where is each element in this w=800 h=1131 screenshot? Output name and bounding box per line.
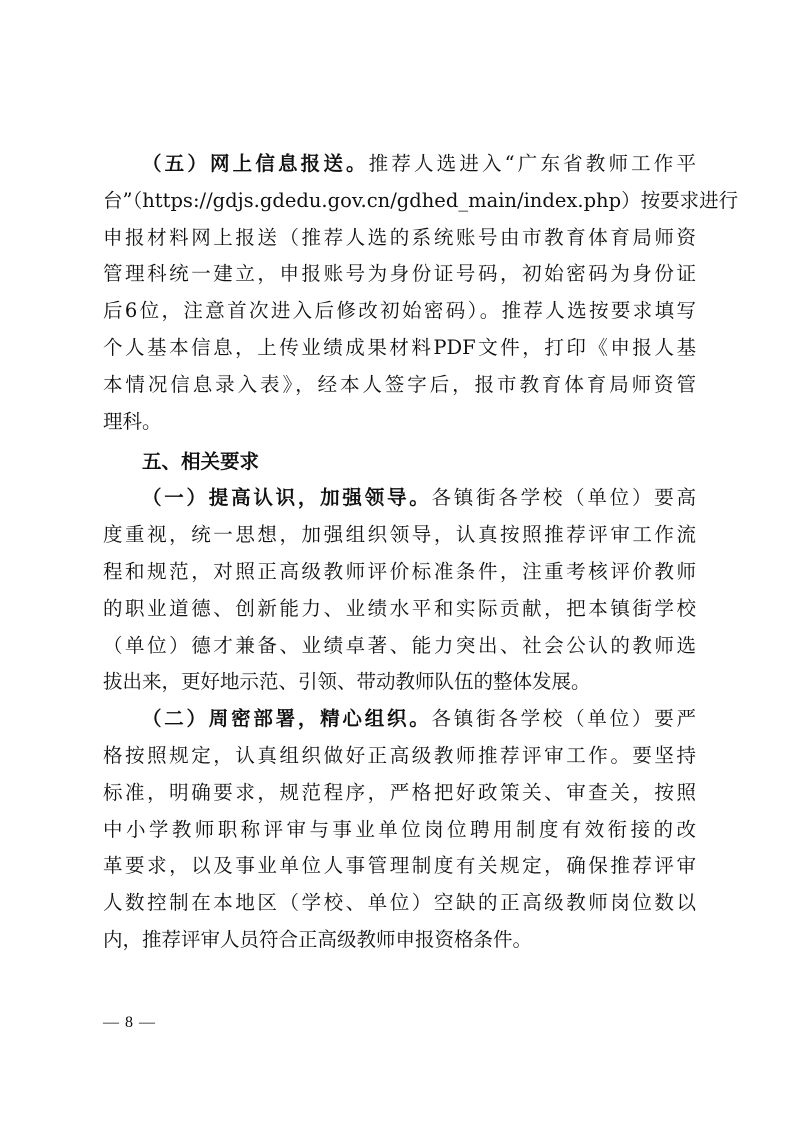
paragraph-line: 申报材料网上报送（推荐人选的系统账号由市教育体育局师资: [103, 220, 696, 257]
document-page: （五）网上信息报送。推荐人选进入“广东省教师工作平 台”（https://gdj…: [0, 0, 800, 1131]
item-label: （二）周密部署，精心组织。: [142, 707, 432, 730]
text: 各镇街各学校（单位）要严: [432, 707, 696, 730]
paragraph-line: （五）网上信息报送。推荐人选进入“广东省教师工作平: [103, 146, 696, 183]
paragraph-line: 度重视，统一思想，加强组织领导，认真按照推荐评审工作流: [103, 517, 696, 554]
paragraph-line: 人数控制在本地区（学校、单位）空缺的正高级教师岗位数以: [103, 885, 696, 922]
paragraph-line: 理科。: [103, 404, 696, 441]
item-label: （一）提高认识，加强领导。: [142, 486, 432, 509]
paragraph-line: 革要求，以及事业单位人事管理制度有关规定，确保推荐评审: [103, 848, 696, 885]
paragraph-line: （单位）德才兼备、业绩卓著、能力突出、社会公认的教师选: [103, 628, 696, 665]
text: 各镇街各学校（单位）要高: [432, 486, 696, 509]
paragraph-line: 后6位，注意首次进入后修改初始密码）。推荐人选按要求填写: [103, 293, 696, 330]
paragraph-line: （二）周密部署，精心组织。各镇街各学校（单位）要严: [103, 701, 696, 738]
paragraph-line: 个人基本信息，上传业绩成果材料PDF文件，打印《申报人基: [103, 330, 696, 367]
page-number: — 8 —: [103, 1014, 156, 1032]
paragraph-line: 管理科统一建立，申报账号为身份证号码，初始密码为身份证: [103, 256, 696, 293]
paragraph-line: 标准，明确要求，规范程序，严格把好政策关、审查关，按照: [103, 775, 696, 812]
paragraph-line: 格按照规定，认真组织做好正高级教师推荐评审工作。要坚持: [103, 738, 696, 775]
paragraph-line: 本情况信息录入表》，经本人签字后，报市教育体育局师资管: [103, 367, 696, 404]
item-label: （五）网上信息报送。: [142, 152, 369, 175]
section-heading: 五、相关要求: [103, 444, 696, 480]
paragraph-line: （一）提高认识，加强领导。各镇街各学校（单位）要高: [103, 480, 696, 517]
document-body: （五）网上信息报送。推荐人选进入“广东省教师工作平 台”（https://gdj…: [103, 146, 696, 959]
paragraph-line: 中小学教师职称评审与事业单位岗位聘用制度有效衔接的改: [103, 812, 696, 849]
paragraph-line: 程和规范，对照正高级教师评价标准条件，注重考核评价教师: [103, 554, 696, 591]
text: 推荐人选进入“广东省教师工作平: [369, 152, 696, 175]
paragraph-line: 台”（https://gdjs.gdedu.gov.cn/gdhed_main/…: [103, 183, 696, 220]
paragraph-line: 内，推荐评审人员符合正高级教师申报资格条件。: [103, 922, 696, 959]
paragraph-line: 的职业道德、创新能力、业绩水平和实际贡献，把本镇街学校: [103, 591, 696, 628]
paragraph-line: 拔出来，更好地示范、引领、带动教师队伍的整体发展。: [103, 664, 696, 701]
